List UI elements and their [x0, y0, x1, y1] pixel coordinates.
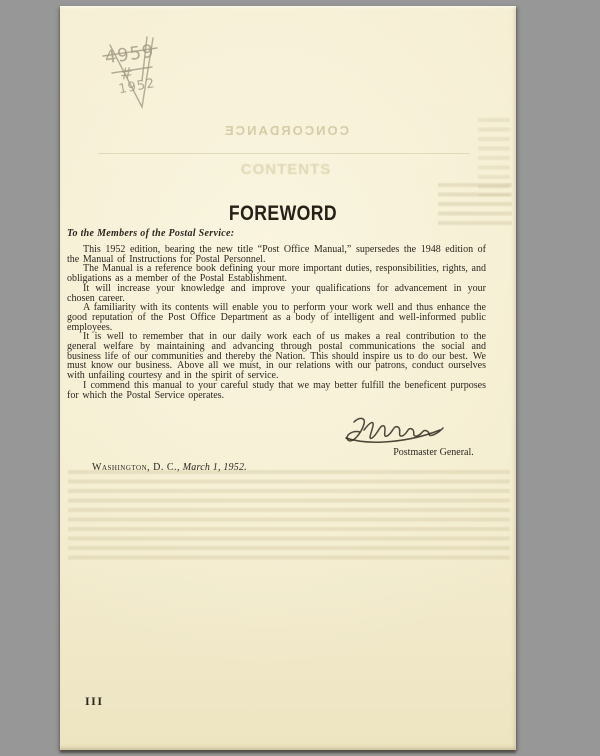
page-number: III [85, 694, 104, 709]
foreword-paragraph: I commend this manual to your careful st… [67, 381, 486, 400]
dateline: Washington, D. C., March 1, 1952. [92, 462, 247, 473]
foreword-body: This 1952 edition, bearing the new title… [67, 245, 486, 400]
scan-backdrop: { "document": { "title": "FOREWORD", "sa… [0, 0, 600, 756]
foreword-paragraph: The Manual is a reference book defining … [67, 264, 486, 283]
bleedthrough-smudge [68, 470, 510, 562]
bleedthrough-contents-heading: CONTENTS [238, 161, 334, 178]
pencil-annotation: 4959 # 1952 [100, 36, 210, 126]
signature-scrawl [340, 414, 445, 448]
signature-role: Postmaster General. [386, 447, 481, 458]
dateline-place: Washington, D. C., [92, 462, 180, 473]
bleedthrough-rule [98, 153, 470, 154]
scanned-page: 4959 # 1952 CONCORDANCE CONTENTS FOREWOR… [60, 6, 516, 750]
foreword-paragraph: It is well to remember that in our daily… [67, 332, 486, 381]
salutation: To the Members of the Postal Service: [67, 228, 234, 239]
foreword-paragraph: A familiarity with its contents will ena… [67, 303, 486, 332]
dateline-date: March 1, 1952. [183, 462, 247, 473]
page-title: FOREWORD [96, 202, 471, 226]
foreword-paragraph: This 1952 edition, bearing the new title… [67, 245, 486, 264]
bleedthrough-smudge [478, 118, 510, 196]
foreword-paragraph: It will increase your knowledge and impr… [67, 284, 486, 303]
bleedthrough-concordance-heading: CONCORDANCE [215, 123, 357, 138]
